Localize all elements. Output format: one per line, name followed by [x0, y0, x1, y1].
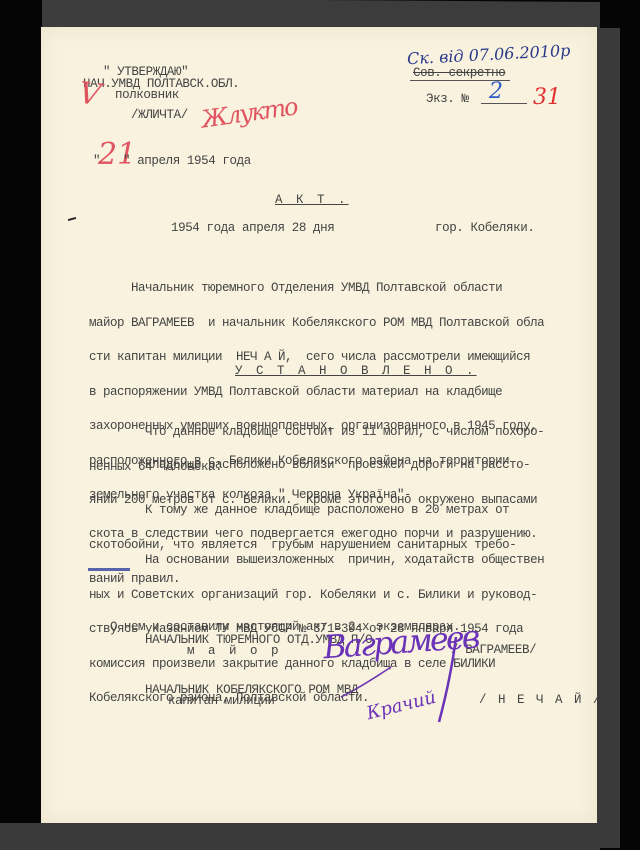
signatory-2-name: / Н Е Ч А Й /	[479, 694, 603, 706]
act-place: гор. Кобеляки.	[435, 222, 534, 234]
approval-signature: Жлукто	[200, 92, 299, 133]
approval-rank: полковник	[115, 89, 179, 101]
approval-checkmark: V	[77, 76, 103, 114]
act-date: 1954 года апреля 28 дня	[171, 222, 334, 234]
signatory-1-rank: м а й о р	[187, 645, 282, 657]
classification-label: Сов. секретно	[413, 67, 505, 79]
copy-number: 2	[489, 79, 503, 104]
archive-page-number: 31	[533, 85, 561, 110]
margin-mark	[68, 217, 76, 221]
document-page: " УТВЕРЖДАЮ" НАЧ.УМВД ПОЛТАВСК.ОБЛ. полк…	[41, 27, 597, 823]
section-heading: У С Т А Н О В Л Е Н О .	[235, 365, 477, 377]
scan-background-left	[0, 0, 42, 820]
copy-label: Экз. №	[426, 93, 469, 105]
strikeout-mark	[88, 568, 130, 571]
document-title: А К Т .	[275, 194, 349, 206]
signatory-2-rank: капитан милиции	[168, 695, 275, 707]
signature-stroke	[331, 627, 491, 737]
copy-number-rule	[481, 103, 527, 104]
scan-background-edge	[620, 0, 640, 850]
scan-background-bottom	[0, 823, 600, 850]
approval-name: /ЖЛИЧТА/	[131, 109, 188, 121]
declassification-note: Ск. від 07.06.2010р	[407, 41, 571, 69]
